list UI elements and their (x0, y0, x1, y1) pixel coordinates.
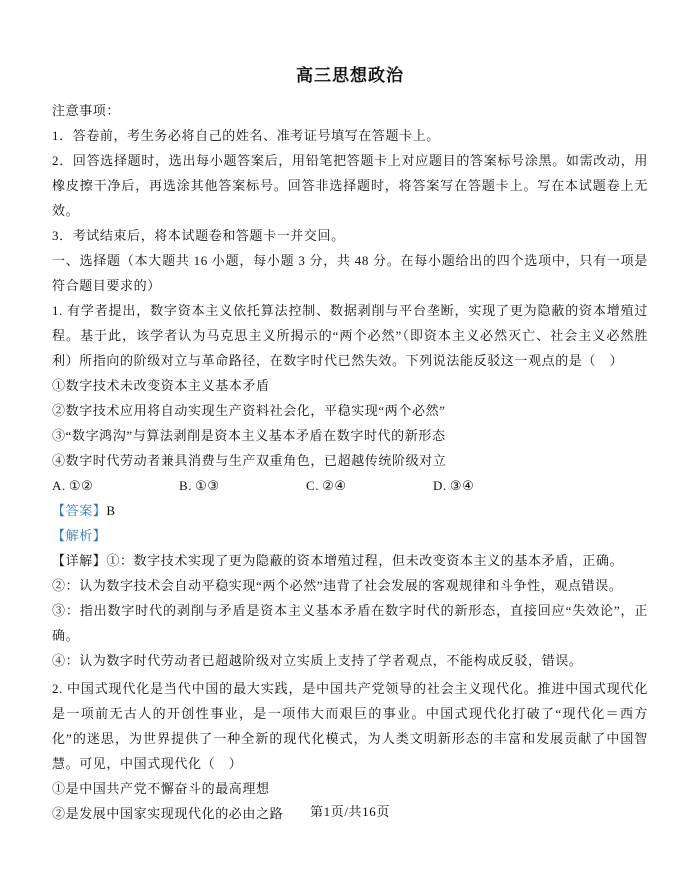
question2-stem: 2. 中国式现代化是当代中国的最大实践，是中国共产党领导的社会主义现代化。推进中… (52, 676, 648, 776)
choice-a-value: ①② (69, 478, 94, 493)
question1-choices-row: A.①② B.①③ C.②④ D.③④ (52, 473, 648, 498)
choice-d-label: D. (433, 478, 447, 493)
notice-heading: 注意事项： (52, 98, 648, 123)
question1-statement-1: ①数字技术未改变资本主义基本矛盾 (52, 373, 648, 398)
question1-stem: 1. 有学者提出，数字资本主义依托算法控制、数据剥削与平台垄断，实现了更为隐蔽的… (52, 298, 648, 373)
notice-item-2: 2．回答选择题时，选出每小题答案后，用铅笔把答题卡上对应题目的答案标号涂黑。如需… (52, 148, 648, 223)
analysis-label: 【解析】 (52, 528, 106, 543)
answer-line: 【答案】B (52, 498, 648, 523)
page-number-footer: 第1页/共16页 (0, 799, 700, 824)
choice-d: D.③④ (433, 473, 474, 498)
notice-item-1: 1．答卷前，考生务必将自己的姓名、准考证号填写在答题卡上。 (52, 123, 648, 148)
question2-statement-1: ①是中国共产党不懈奋斗的最高理想 (52, 776, 648, 801)
detail-line-2: ②：认为数字技术会自动平稳实现“两个必然”违背了社会发展的客观规律和斗争性，观点… (52, 573, 648, 598)
detail-line-1: 【详解】①：数字技术实现了更为隐蔽的资本增殖过程，但未改变资本主义的基本矛盾，正… (52, 548, 648, 573)
detail-line-3: ③：指出数字时代的剥削与矛盾是资本主义基本矛盾在数字时代的新形态，直接回应“失效… (52, 598, 648, 648)
choice-d-value: ③④ (450, 478, 475, 493)
page-title: 高三思想政治 (52, 62, 648, 90)
choice-a: A.①② (52, 473, 179, 498)
question1-statement-4: ④数字时代劳动者兼具消费与生产双重角色，已超越传统阶级对立 (52, 448, 648, 473)
exam-document-page: 高三思想政治 注意事项： 1．答卷前，考生务必将自己的姓名、准考证号填写在答题卡… (0, 0, 700, 878)
choice-b-value: ①③ (195, 478, 220, 493)
choice-c: C.②④ (306, 473, 433, 498)
question1-statement-3: ③“数字鸿沟”与算法剥削是资本主义基本矛盾在数字时代的新形态 (52, 423, 648, 448)
detail-line-4: ④：认为数字时代劳动者已超越阶级对立实质上支持了学者观点，不能构成反驳，错误。 (52, 648, 648, 673)
analysis-line: 【解析】 (52, 523, 648, 548)
answer-label: 【答案】 (52, 503, 106, 518)
choice-c-label: C. (306, 478, 319, 493)
section-heading: 一、选择题（本大题共 16 小题，每小题 3 分，共 48 分。在每小题给出的四… (52, 248, 648, 298)
choice-c-value: ②④ (322, 478, 347, 493)
choice-b-label: B. (179, 478, 192, 493)
choice-b: B.①③ (179, 473, 306, 498)
notice-item-3: 3．考试结束后，将本试题卷和答题卡一并交回。 (52, 223, 648, 248)
answer-value: B (106, 503, 115, 518)
choice-a-label: A. (52, 478, 66, 493)
question1-statement-2: ②数字技术应用将自动实现生产资料社会化，平稳实现“两个必然” (52, 398, 648, 423)
